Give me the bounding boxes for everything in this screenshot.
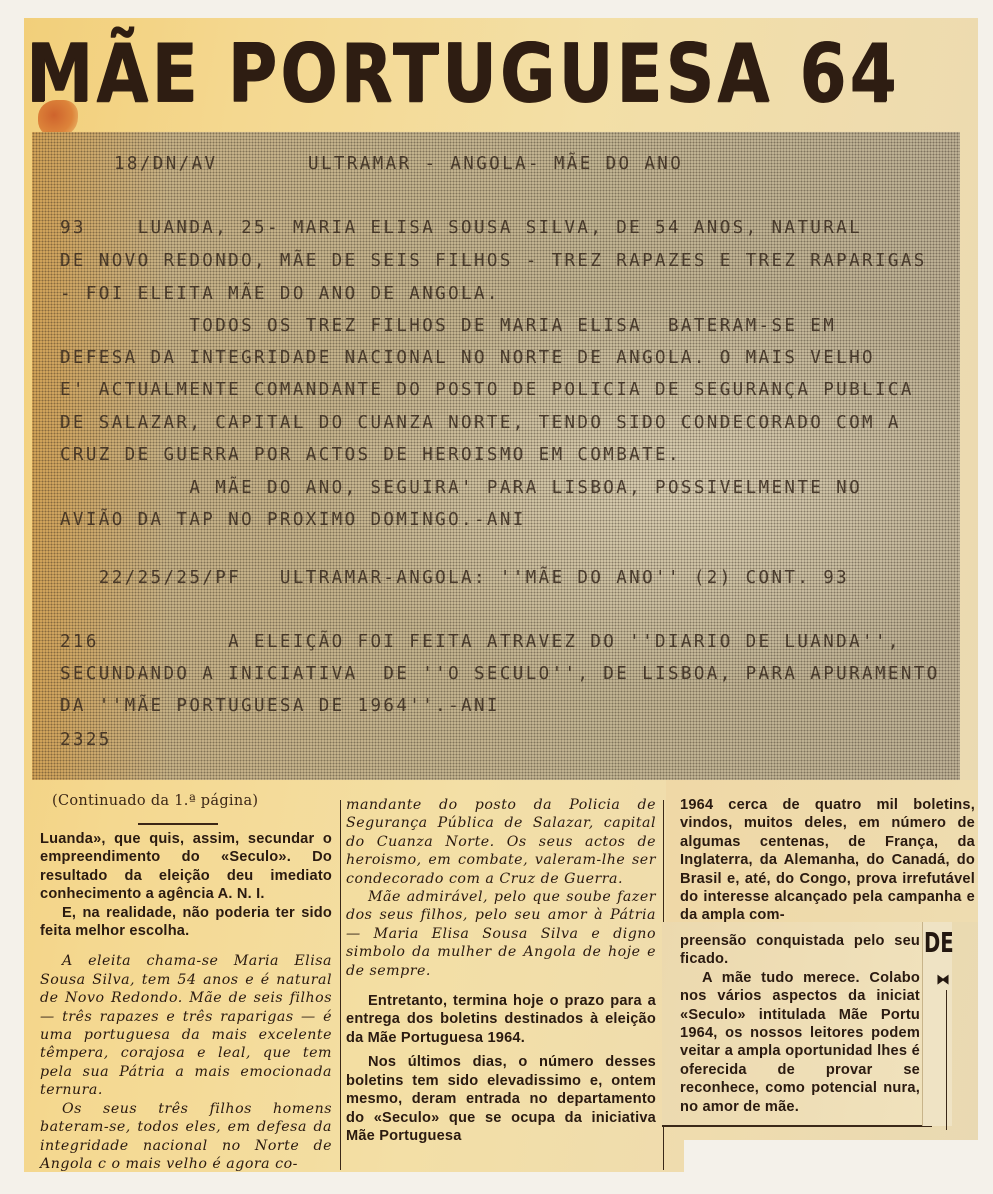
column-2: mandante do posto da Policia de Seguranç…: [346, 796, 656, 1145]
telegram-line: DE SALAZAR, CAPITAL DO CUANZA NORTE, TEN…: [60, 413, 901, 433]
telegram-line: 2325: [60, 730, 112, 750]
paragraph: A eleita chama-se Maria Elisa Sousa Silv…: [40, 952, 332, 1099]
bowtie-icon: ⧓: [936, 972, 950, 988]
telegram-line: 216 A ELEIÇÃO FOI FEITA ATRAVEZ DO ''DIA…: [60, 632, 901, 652]
telegram-line: 22/25/25/PF ULTRAMAR-ANGOLA: ''MÃE DO AN…: [60, 568, 849, 588]
page-background: [684, 1140, 993, 1194]
paragraph: Luanda», que quis, assim, secundar o emp…: [40, 830, 332, 904]
telegram-line: DA ''MÃE PORTUGUESA DE 1964''.-ANI: [60, 696, 500, 716]
continued-label: (Continuado da 1.ª página): [52, 793, 312, 809]
paragraph: 1964 cerca de quatro mil boletins, vindo…: [680, 796, 975, 925]
paragraph: E, na realidade, não poderia ter sido fe…: [40, 904, 332, 941]
paragraph: Nos últimos dias, o número desses boleti…: [346, 1053, 656, 1145]
telegram-line: DE NOVO REDONDO, MÃE DE SEIS FILHOS - TR…: [60, 251, 927, 271]
column-divider: [946, 990, 947, 1130]
heading-fragment: DE: [924, 926, 954, 959]
telegram-line: - FOI ELEITA MÃE DO ANO DE ANGOLA.: [60, 284, 500, 304]
column-3-bottom: preensão conquistada pelo seu ficado. A …: [680, 932, 920, 1116]
paragraph: Mãe admirável, pelo que soube fazer dos …: [346, 888, 656, 980]
telegram-line: CRUZ DE GUERRA POR ACTOS DE HEROISMO EM …: [60, 445, 681, 465]
telegram-line: DEFESA DA INTEGRIDADE NACIONAL NO NORTE …: [60, 348, 875, 368]
paragraph: mandante do posto da Policia de Seguranç…: [346, 796, 656, 888]
paragraph: Os seus três filhos homens bateram-se, t…: [40, 1100, 332, 1174]
paragraph: A mãe tudo merece. Colabo nos vários asp…: [680, 969, 920, 1116]
telegram-photo: 18/DN/AV ULTRAMAR - ANGOLA- MÃE DO ANO 9…: [32, 132, 960, 780]
column-1: Luanda», que quis, assim, secundar o emp…: [40, 830, 332, 1173]
telegram-line: A MÃE DO ANO, SEGUIRA' PARA LISBOA, POSS…: [60, 478, 862, 498]
column-divider: [340, 800, 341, 1170]
headline: MÃE PORTUGUESA 64: [26, 28, 839, 121]
paragraph: Entretanto, termina hoje o prazo para a …: [346, 992, 656, 1047]
telegram-line: SECUNDANDO A INICIATIVA DE ''O SECULO'',…: [60, 664, 940, 684]
column-3-top: 1964 cerca de quatro mil boletins, vindo…: [680, 796, 975, 925]
telegram-line: 93 LUANDA, 25- MARIA ELISA SOUSA SILVA, …: [60, 218, 862, 238]
telegram-line: AVIÃO DA TAP NO PROXIMO DOMINGO.-ANI: [60, 510, 526, 530]
paragraph: preensão conquistada pelo seu ficado.: [680, 932, 920, 969]
telegram-line: 18/DN/AV ULTRAMAR - ANGOLA- MÃE DO ANO: [114, 154, 683, 174]
telegram-line: TODOS OS TREZ FILHOS DE MARIA ELISA BATE…: [60, 316, 836, 336]
telegram-line: E' ACTUALMENTE COMANDANTE DO POSTO DE PO…: [60, 380, 914, 400]
divider-rule: [138, 823, 218, 825]
